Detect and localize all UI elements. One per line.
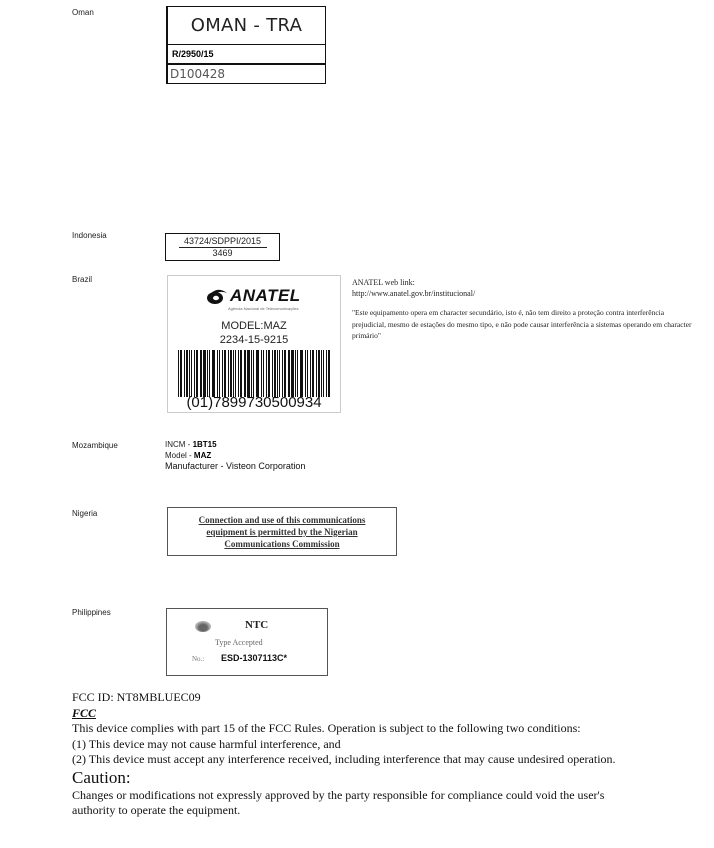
mozambique-manufacturer: Manufacturer - Visteon Corporation: [165, 461, 305, 472]
barcode: [178, 350, 330, 397]
mozambique-model: Model - MAZ: [165, 450, 305, 461]
fcc-condition-1: (1) This device may not cause harmful in…: [72, 737, 672, 753]
indonesia-label: 43724/SDPPI/2015 3469: [165, 233, 280, 261]
oman-tra-label: OMAN - TRA R/2950/15 D100428: [166, 6, 326, 84]
brazil-model: MODEL:MAZ: [168, 320, 340, 332]
anatel-info: ANATEL web link: http://www.anatel.gov.b…: [352, 277, 692, 342]
oman-header: OMAN - TRA: [168, 7, 325, 45]
ntc-no-label: No.:: [192, 655, 204, 663]
mozambique-incm: INCM - 1BT15: [165, 439, 305, 450]
ntc-number: ESD-1307113C*: [221, 653, 287, 663]
anatel-web-link-label: ANATEL web link:: [352, 277, 692, 288]
nigeria-line-2: equipment is permitted by the Nigerian: [206, 527, 357, 537]
nigeria-line-3: Communications Commission: [224, 539, 339, 549]
anatel-logo-icon: [206, 288, 228, 304]
incm-value: 1BT15: [193, 440, 217, 449]
brazil-homologation-number: 2234-15-9215: [168, 334, 340, 346]
country-label-nigeria: Nigeria: [72, 509, 97, 518]
model-value: MAZ: [194, 451, 211, 460]
country-label-brazil: Brazil: [72, 275, 92, 284]
ntc-label: NTC Type Accepted No.: ESD-1307113C*: [166, 608, 328, 676]
nigeria-label: Connection and use of this communication…: [167, 507, 397, 556]
fcc-condition-2: (2) This device must accept any interfer…: [72, 752, 632, 768]
country-label-mozambique: Mozambique: [72, 441, 118, 450]
indonesia-pleg-id: 3469: [166, 248, 279, 259]
mozambique-info: INCM - 1BT15 Model - MAZ Manufacturer - …: [165, 439, 305, 472]
ntc-status: Type Accepted: [215, 638, 263, 647]
model-label: Model -: [165, 451, 194, 460]
fcc-section: FCC ID: NT8MBLUEC09 FCC This device comp…: [72, 690, 672, 819]
anatel-notice: "Este equipamento opera em character sec…: [352, 307, 692, 342]
anatel-wordmark: ANATEL: [230, 286, 301, 306]
barcode-number: (01)7899730500934: [168, 394, 340, 411]
oman-reg-number: R/2950/15: [168, 45, 325, 65]
country-label-oman: Oman: [72, 8, 94, 17]
anatel-subtitle: Agência Nacional de Telecomunicações: [228, 306, 299, 311]
anatel-logo: ANATEL: [206, 286, 301, 306]
ntc-seal-icon: [195, 621, 211, 632]
nigeria-line-1: Connection and use of this communication…: [199, 515, 366, 525]
indonesia-certificate: 43724/SDPPI/2015: [179, 236, 267, 248]
oman-dealer-number: D100428: [168, 65, 325, 84]
ntc-agency: NTC: [245, 619, 268, 631]
anatel-label: ANATEL Agência Nacional de Telecomunicaç…: [167, 275, 341, 413]
caution-heading: Caution:: [72, 768, 672, 788]
incm-label: INCM -: [165, 440, 193, 449]
fcc-heading: FCC: [72, 706, 672, 722]
fcc-statement: This device complies with part 15 of the…: [72, 721, 672, 737]
anatel-web-link-url[interactable]: http://www.anatel.gov.br/institucional/: [352, 288, 692, 299]
fcc-id: FCC ID: NT8MBLUEC09: [72, 690, 672, 706]
country-label-indonesia: Indonesia: [72, 231, 107, 240]
caution-text: Changes or modifications not expressly a…: [72, 788, 642, 819]
country-label-philippines: Philippines: [72, 608, 111, 617]
